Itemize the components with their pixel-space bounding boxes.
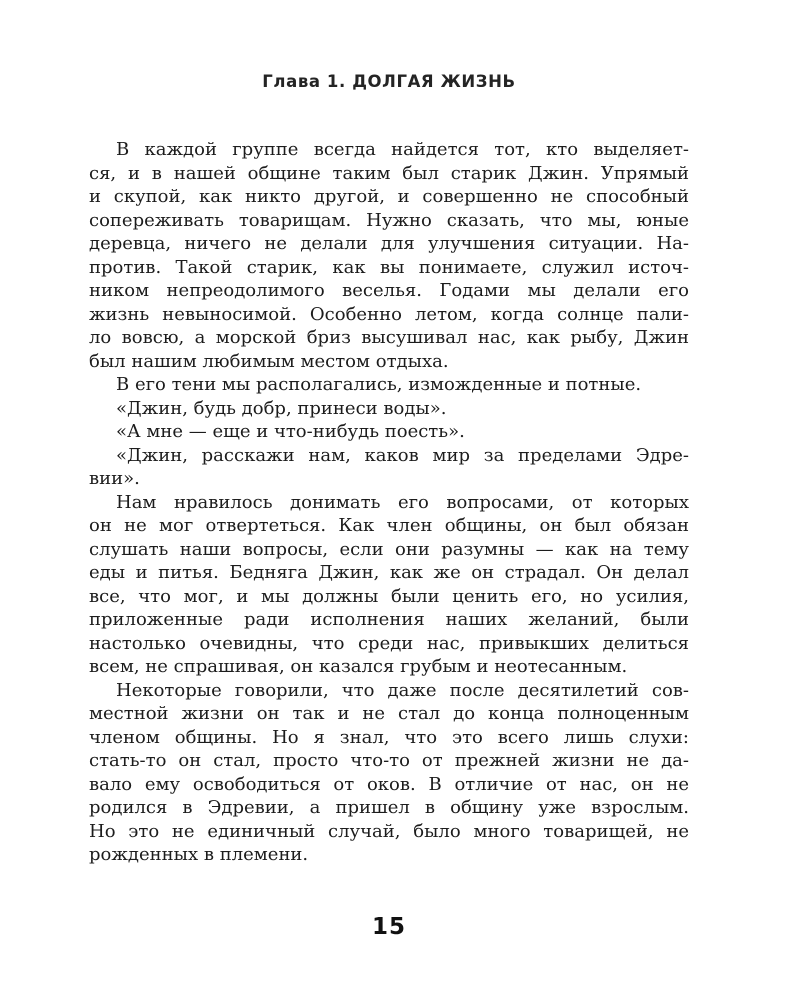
text-line: был нашим любимым местом отдыха. xyxy=(89,350,689,374)
text-line: рожденных в племени. xyxy=(89,843,689,867)
text-line: и скупой, как никто другой, и совершенно… xyxy=(89,185,689,209)
text-line: Но это не единичный случай, было много т… xyxy=(89,820,689,844)
text-line: деревца, ничего не делали для улучшения … xyxy=(89,232,689,256)
text-block: Глава 1. ДОЛГАЯ ЖИЗНЬ В каждой группе вс… xyxy=(89,0,689,940)
text-line: местной жизни он так и не стал до конца … xyxy=(89,702,689,726)
text-line: он не мог отвертеться. Как член общины, … xyxy=(89,514,689,538)
text-line: жизнь невыносимой. Особенно летом, когда… xyxy=(89,303,689,327)
text-line: сопереживать товарищам. Нужно сказать, ч… xyxy=(89,209,689,233)
text-line: вало ему освободиться от оков. В отличие… xyxy=(89,773,689,797)
text-line: против. Такой старик, как вы понимаете, … xyxy=(89,256,689,280)
text-line: «А мне — еще и что-нибудь поесть». xyxy=(89,420,689,444)
text-line: стать-то он стал, просто что-то от прежн… xyxy=(89,749,689,773)
text-line: членом общины. Но я знал, что это всего … xyxy=(89,726,689,750)
text-line: В его тени мы располагались, изможденные… xyxy=(89,373,689,397)
text-line: ло вовсю, а морской бриз высушивал нас, … xyxy=(89,326,689,350)
text-line: Нам нравилось донимать его вопросами, от… xyxy=(89,491,689,515)
text-line: ником непреодолимого веселья. Годами мы … xyxy=(89,279,689,303)
text-line: вии». xyxy=(89,467,689,491)
text-line: «Джин, будь добр, принеси воды». xyxy=(89,397,689,421)
text-line: настолько очевидны, что среди нас, привы… xyxy=(89,632,689,656)
text-line: еды и питья. Бедняга Джин, как же он стр… xyxy=(89,561,689,585)
chapter-heading: Глава 1. ДОЛГАЯ ЖИЗНЬ xyxy=(89,72,689,92)
text-line: В каждой группе всегда найдется тот, кто… xyxy=(89,138,689,162)
text-line: ся, и в нашей общине таким был старик Дж… xyxy=(89,162,689,186)
text-line: «Джин, расскажи нам, каков мир за предел… xyxy=(89,444,689,468)
text-line: все, что мог, и мы должны были ценить ег… xyxy=(89,585,689,609)
text-line: Некоторые говорили, что даже после десят… xyxy=(89,679,689,703)
text-line: всем, не спрашивая, он казался грубым и … xyxy=(89,655,689,679)
text-line: приложенные ради исполнения наших желани… xyxy=(89,608,689,632)
text-line: родился в Эдревии, а пришел в общину уже… xyxy=(89,796,689,820)
page-number: 15 xyxy=(89,914,689,940)
text-line: слушать наши вопросы, если они разумны —… xyxy=(89,538,689,562)
book-page: Глава 1. ДОЛГАЯ ЖИЗНЬ В каждой группе вс… xyxy=(0,0,800,1000)
page-body: В каждой группе всегда найдется тот, кто… xyxy=(89,138,689,867)
